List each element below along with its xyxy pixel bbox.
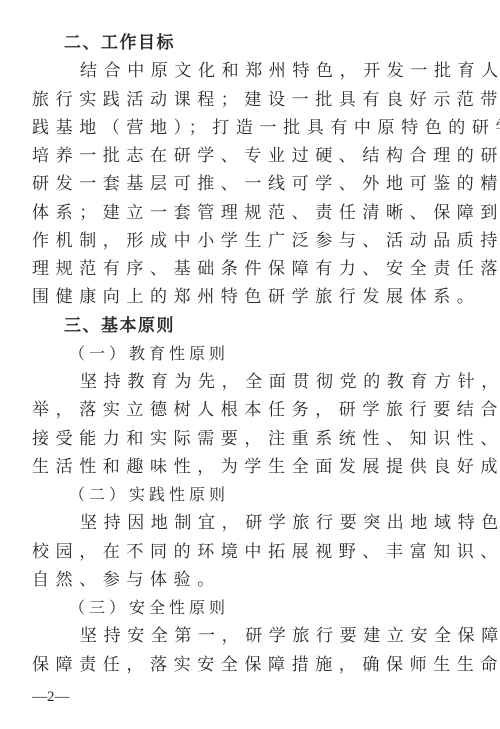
goals-paragraph: 结合中原文化和郑州特色，开发一批育人效果突出的研学 旅行实践活动课程；建设一批具…: [32, 57, 466, 311]
paragraph-line: 作机制，形成中小学生广泛参与、活动品质持续提升、组织管: [32, 227, 466, 255]
document-page: 二、工作目标 结合中原文化和郑州特色，开发一批育人效果突出的研学 旅行实践活动课…: [32, 29, 466, 679]
paragraph-line: 坚持安全第一，研学旅行要建立安全保障机制，明确安全: [32, 622, 466, 650]
education-paragraph: 坚持教育为先，全面贯彻党的教育方针，坚持“五育”并 举，落实立德树人根本任务，研…: [32, 368, 466, 481]
subsection-heading-safety: （三）安全性原则: [32, 594, 466, 622]
practice-paragraph: 坚持因地制宜，研学旅行要突出地域特色，引导学生走出 校园，在不同的环境中拓展视野…: [32, 509, 466, 594]
paragraph-line: 研发一套基层可推、一线可学、外地可鉴的精品研学旅行课程: [32, 170, 466, 198]
paragraph-line: 理规范有序、基础条件保障有力、安全责任落实到位、文化氛: [32, 255, 466, 283]
paragraph-line: 坚持因地制宜，研学旅行要突出地域特色，引导学生走出: [32, 509, 466, 537]
section-heading-goals: 二、工作目标: [32, 29, 466, 57]
paragraph-line: 举，落实立德树人根本任务，研学旅行要结合学生身心特点、: [32, 396, 466, 424]
safety-paragraph: 坚持安全第一，研学旅行要建立安全保障机制，明确安全 保障责任，落实安全保障措施，…: [32, 622, 466, 679]
paragraph-line: 生活性和趣味性，为学生全面发展提供良好成长空间。: [32, 453, 466, 481]
paragraph-line: 保障责任，落实安全保障措施，确保师生生命财产安全。: [32, 651, 466, 679]
paragraph-line: 培养一批志在研学、专业过硬、结构合理的研学旅行师资队伍；: [32, 142, 466, 170]
paragraph-line: 校园，在不同的环境中拓展视野、丰富知识、了解社会、亲近: [32, 538, 466, 566]
paragraph-line: 接受能力和实际需要，注重系统性、知识性、科学性、自然性、: [32, 425, 466, 453]
paragraph-line: 践基地（营地）；打造一批具有中原特色的研学旅行精品线路；: [32, 114, 466, 142]
paragraph-line: 坚持教育为先，全面贯彻党的教育方针，坚持“五育”并: [32, 368, 466, 396]
page-number: —2—: [32, 687, 70, 707]
section-heading-principles: 三、基本原则: [32, 312, 466, 340]
paragraph-line: 体系；建立一套管理规范、责任清晰、保障到位的研学旅行工: [32, 199, 466, 227]
paragraph-line: 围健康向上的郑州特色研学旅行发展体系。: [32, 283, 466, 311]
subsection-heading-practice: （二）实践性原则: [32, 481, 466, 509]
subsection-heading-education: （一）教育性原则: [32, 340, 466, 368]
paragraph-line: 结合中原文化和郑州特色，开发一批育人效果突出的研学: [32, 57, 466, 85]
paragraph-line: 自然、参与体验。: [32, 566, 466, 594]
paragraph-line: 旅行实践活动课程；建设一批具有良好示范带动作用的研学实: [32, 86, 466, 114]
